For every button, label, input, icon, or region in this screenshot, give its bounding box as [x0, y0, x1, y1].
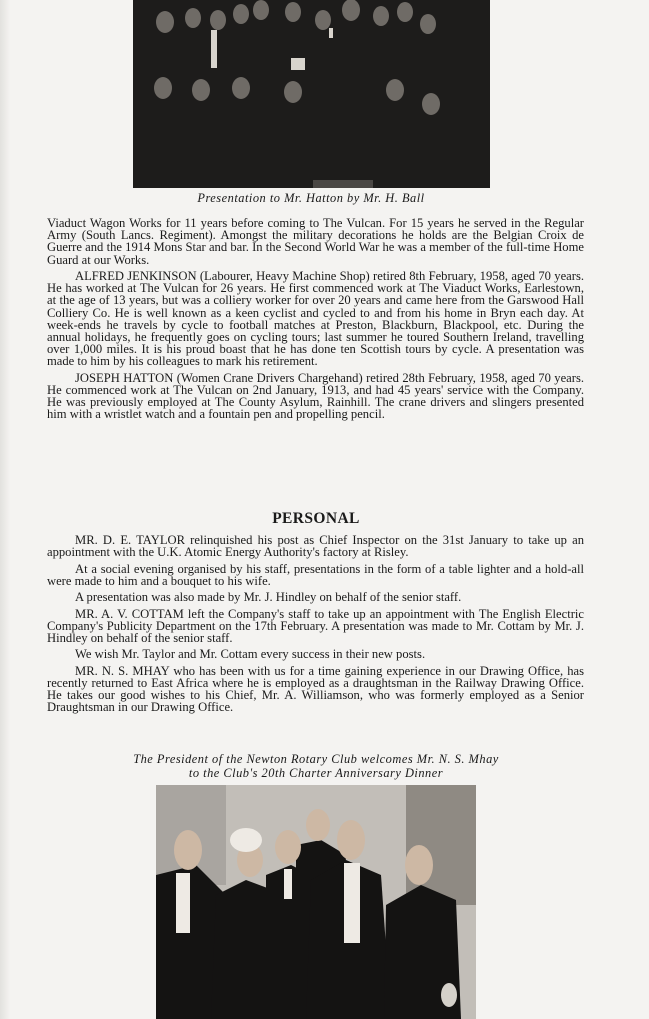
- photo-placeholder-image: [156, 785, 476, 1019]
- caption-line-1: The President of the Newton Rotary Club …: [0, 752, 632, 766]
- personal-section: MR. D. E. TAYLOR relinquished his post a…: [47, 534, 584, 718]
- caption-line-2: to the Club's 20th Charter Anniversary D…: [0, 766, 632, 780]
- paragraph-joseph-hatton: JOSEPH HATTON (Women Crane Drivers Charg…: [47, 372, 584, 421]
- paragraph-n-s-mhay: MR. N. S. MHAY who has been with us for …: [47, 665, 584, 714]
- paragraph-hindley-presentation: A presentation was also made by Mr. J. H…: [47, 591, 584, 603]
- section-heading-personal: PERSONAL: [0, 510, 632, 528]
- group-photo-presentation: [133, 0, 490, 188]
- paragraph-good-wishes: We wish Mr. Taylor and Mr. Cottam every …: [47, 648, 584, 660]
- photo-caption-rotary-club: The President of the Newton Rotary Club …: [0, 752, 632, 780]
- paragraph-social-evening: At a social evening organised by his sta…: [47, 563, 584, 587]
- paragraph-alfred-jenkinson: ALFRED JENKINSON (Labourer, Heavy Machin…: [47, 270, 584, 368]
- paragraph-continued-service: Viaduct Wagon Works for 11 years before …: [47, 217, 584, 266]
- rotary-dinner-photo: [156, 785, 476, 1019]
- paragraph-d-e-taylor: MR. D. E. TAYLOR relinquished his post a…: [47, 534, 584, 558]
- photo-caption-presentation: Presentation to Mr. Hatton by Mr. H. Bal…: [0, 191, 622, 205]
- photo-placeholder-image: [133, 0, 490, 188]
- retirements-section: Viaduct Wagon Works for 11 years before …: [47, 217, 584, 425]
- paragraph-a-v-cottam: MR. A. V. COTTAM left the Company's staf…: [47, 608, 584, 645]
